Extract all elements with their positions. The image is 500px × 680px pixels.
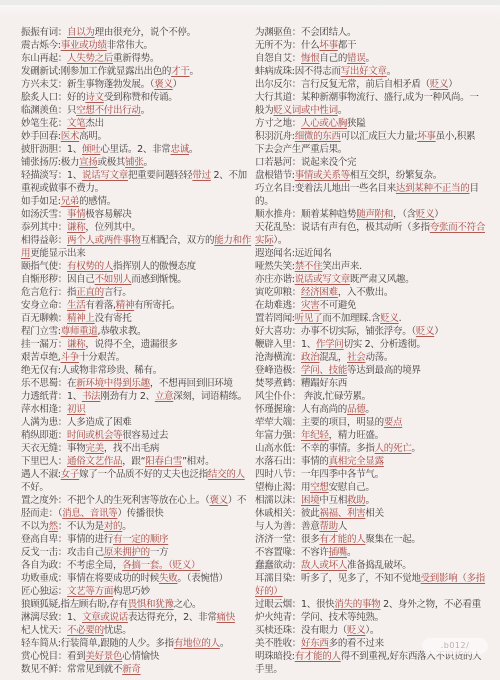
text-line: 狼顾狐疑,指左顾右盼,存有畏惧和犹豫之心。	[21, 598, 254, 611]
highlighted-term: 精神	[116, 300, 134, 311]
text-line: 妙手回春:医术高明。	[21, 130, 254, 143]
definition-text: 妙手回春:	[21, 131, 61, 142]
definition-text: ）。	[273, 235, 287, 246]
highlighted-term: 失败	[159, 573, 177, 584]
definition-text: 蠢蠢欲动：	[255, 560, 301, 571]
highlighted-term: 细微的东西	[295, 131, 341, 142]
text-line: 不以为然：不认为是对的。	[21, 520, 254, 533]
text-line: 焚琴煮鹤：糟蹋好东西	[255, 377, 495, 390]
text-line: 萍水相逢：初识	[21, 403, 254, 416]
text-line: 反戈一击：攻击自己原来拥护的一方	[21, 546, 254, 559]
text-line: 手里。	[255, 663, 495, 676]
highlighted-term: 贬义	[380, 313, 398, 324]
definition-text: 。（表惋惜）	[177, 573, 227, 584]
definition-text: 方兴未艾：新生事物蓬勃发展。（	[21, 79, 154, 90]
definition-text: 互相配合，双方的	[141, 235, 215, 246]
highlighted-term: 倾吐	[82, 144, 100, 155]
text-line: 东山再起：人失势之后重新得势。	[21, 52, 254, 65]
definition-text: 盘根错节:	[255, 170, 295, 181]
definition-text: 天花乱坠：说话有声有色，极其动听（多指	[255, 222, 430, 233]
highlighted-term: 阳春白雪	[145, 456, 182, 467]
definition-text: 过眼云烟：1、很快	[255, 599, 334, 610]
definition-text: 休戚相关：彼此	[255, 508, 319, 519]
text-line: 杞人忧天：不必要的忧虑。	[21, 624, 254, 637]
definition-text: 忝列其中：	[21, 222, 67, 233]
definition-text: ”相对。	[182, 456, 214, 467]
highlighted-term: 文笔	[67, 118, 85, 129]
definition-text: 不容置喙：不容许	[255, 547, 329, 558]
text-line: 百无聊赖：精神上没有寄托	[21, 312, 254, 325]
text-line: 匠心独运：文艺等方面构思巧妙	[21, 585, 254, 598]
definition-text: ，说得不全，遗漏很多	[85, 339, 177, 350]
text-line: 般为贬义词或中性词。	[255, 104, 495, 117]
definition-text: 深刻，词语精练。	[173, 391, 247, 402]
text-line: 遇人不淑:女子嫁了一个品质不好的丈夫也泛指结交的人	[21, 468, 254, 481]
definition-text: 山高水低：不幸的事情。多指	[255, 443, 375, 454]
text-line: 无所不为：什么坏事都干	[255, 39, 495, 52]
text-line: 大行其道：某种新潮事物流行、盛行,成为一种风尚。一	[255, 91, 495, 104]
definition-text: 遇人不淑:	[21, 469, 61, 480]
highlighted-term: 品德	[347, 404, 365, 415]
text-line: 乐不思蜀：在新环境中得到乐趣，不想再回到旧环境	[21, 377, 254, 390]
highlighted-term: 错误	[347, 53, 365, 64]
definition-text: 各自为政：不考虑全局，	[21, 560, 122, 571]
highlighted-term: 要点	[384, 417, 402, 428]
text-line: 各自为政：不考虑全局，各搞一套。（贬义）	[21, 559, 254, 572]
text-line: 好的）	[255, 585, 495, 598]
definition-text: 反戈一击：攻击自己	[21, 547, 104, 558]
highlighted-term: 褒义	[209, 495, 227, 506]
definition-text: 。	[122, 521, 131, 532]
definition-text: 不可避免	[319, 300, 356, 311]
definition-text: 登峰造极：	[255, 365, 301, 376]
definition-text: 美不胜收：	[255, 638, 301, 649]
highlighted-term: 达到某种不正当的	[396, 183, 470, 194]
text-line: 怀瑾握瑜：人有高尚的品德。	[255, 403, 495, 416]
definition-text: 力透纸背：1、	[21, 391, 82, 402]
highlighted-term: 医术	[61, 131, 79, 142]
highlighted-term: 敌人或坏人	[301, 560, 347, 571]
highlighted-term: 各搞一套。（贬义）	[122, 560, 200, 571]
text-line: 顺水推舟：顺着某种趋势随声附和，（含贬义）	[255, 208, 495, 221]
definition-text: 把重要问题轻轻	[128, 170, 192, 181]
definition-text: 可以汇成巨大力量;	[341, 131, 418, 142]
definition-text: 指挥别人的傲慢态度	[113, 261, 196, 272]
definition-text: ，位列其中。	[85, 222, 140, 233]
text-line: 铺张扬厉:极力宣扬或极其铺张。	[21, 156, 254, 169]
text-line: 望梅止渴：用空想安慰自己。	[255, 481, 495, 494]
definition-text: 乐不思蜀：在	[21, 378, 76, 389]
text-line: 下去会产生严重后果。	[255, 143, 495, 156]
highlighted-term: 有权势的人	[67, 261, 113, 272]
definition-text: 东山再起：	[21, 53, 67, 64]
highlighted-term: 救助	[347, 495, 365, 506]
highlighted-term: 谦称	[67, 339, 85, 350]
definition-text: ，（含	[393, 209, 416, 220]
text-line: 重视或做事不费力。	[21, 182, 254, 195]
text-line: 济济一堂：很多有才能的人聚集在一起。	[255, 533, 495, 546]
definition-text: 振振有词：	[21, 27, 67, 38]
highlighted-term: 褒义	[154, 79, 172, 90]
text-line: 用更能显示出来	[21, 247, 254, 260]
highlighted-term: 坏事	[319, 40, 337, 51]
definition-text: 杰出	[85, 118, 103, 129]
text-line: 忝列其中：谦称，位列其中。	[21, 221, 254, 234]
highlighted-term: 灾害	[301, 300, 319, 311]
highlighted-term: 诗文	[85, 92, 103, 103]
highlighted-term: 经济困难	[301, 287, 338, 298]
highlighted-term: 女子	[61, 469, 79, 480]
highlighted-term: 受到影响（多指	[421, 573, 485, 584]
definition-text: 自惭形秽：因自己	[21, 274, 95, 285]
text-line: 好大喜功：办事不切实际，铺张浮夸。（贬义）	[255, 325, 495, 338]
definition-text: 口若悬河：说起来没个完	[255, 157, 356, 168]
definition-text: 一方	[150, 547, 168, 558]
text-line: 方寸之地：人心或心胸狭隘	[255, 117, 495, 130]
right-column: 为渊驱鱼：不会团结人。无所不为：什么坏事都干自怨自艾：悔恨自己的错误。蚌病成珠:…	[255, 26, 495, 676]
definition-text: 都干	[338, 40, 356, 51]
text-line: 实际）。	[255, 234, 495, 247]
definition-text: 淋漓尽致：1、	[21, 612, 82, 623]
definition-text: 赏心悦目：看到	[21, 651, 85, 662]
definition-text: 有所寄托。	[134, 300, 180, 311]
definition-text: 如汤沃雪：	[21, 209, 67, 220]
highlighted-term: 谦称	[67, 222, 85, 233]
definition-text: 狼顾狐疑,指左顾右盼,存有	[21, 599, 128, 610]
definition-text: 蚌病成珠:因不得志而	[255, 66, 341, 77]
definition-text: 为渊驱鱼：不会团结人。	[255, 27, 356, 38]
highlighted-term: 宣扬	[79, 157, 97, 168]
highlighted-term: 夸张而不符合	[430, 222, 485, 233]
definition-text: 四时八节：一年四季中各节气。	[255, 469, 384, 480]
definition-text: 相关	[365, 508, 383, 519]
highlighted-term: 美好景色	[85, 651, 122, 662]
text-line: 荦荦大端：主要的项目，明显的要点	[255, 416, 495, 429]
highlighted-term: 真相完全显露	[329, 456, 384, 467]
highlighted-term: 听见了	[295, 313, 323, 324]
definition-text: 重新得势。	[113, 53, 159, 64]
definition-text: 匠心独运：	[21, 586, 67, 597]
text-line: 买椟还珠：没有眼力（贬义）。	[255, 624, 495, 637]
definition-text: .	[399, 313, 402, 324]
highlighted-term: 不如别人	[95, 274, 132, 285]
definition-text: 嫁了一个品质不好的丈夫也泛指	[79, 469, 208, 480]
highlighted-term: 时间或机会等	[67, 430, 122, 441]
definition-text: 的感情。	[79, 196, 116, 207]
definition-text: 哑然失笑:	[255, 261, 295, 272]
definition-text: 构思巧妙	[113, 586, 150, 597]
text-line: 临渊羡鱼：只空想不付出行动。	[21, 104, 254, 117]
definition-text: 巧立名目:变着法儿地出一些名目来	[255, 183, 396, 194]
definition-text: 刚劲有力 2、	[100, 391, 154, 402]
definition-text: ）。	[365, 625, 379, 636]
definition-text: ，精力旺盛。	[329, 430, 384, 441]
text-line: 鞭辟入里：1、作学问切实 2、分析透彻。	[255, 338, 495, 351]
text-line: 自怨自艾：悔恨自己的错误。	[255, 52, 495, 65]
definition-text: 挂一漏万：	[21, 339, 67, 350]
highlighted-term: 实际	[255, 235, 273, 246]
definition-text: 而感到惭愧。	[131, 274, 186, 285]
definition-text: ，入不敷出。	[338, 287, 393, 298]
definition-text: 明珠暗投:	[255, 651, 295, 662]
text-line: 水落石出：事情的真相完全显露	[255, 455, 495, 468]
highlighted-term: 贬义词或中性词	[273, 105, 337, 116]
highlighted-term: 空想不付出行动	[76, 105, 140, 116]
text-line: 四时八节：一年四季中各节气。	[255, 468, 495, 481]
text-line: 震古烁今:事业或功绩非常伟大。	[21, 39, 254, 52]
text-line: 寅吃卯粮：经济困难，入不敷出。	[255, 286, 495, 299]
top-fade	[0, 5, 500, 19]
definition-text: 有着落,	[85, 300, 115, 311]
text-line: 相濡以沫：困境中互相救助。	[255, 494, 495, 507]
definition-text: 炉火纯青：学问、技术等纯熟。	[255, 612, 384, 623]
definition-text: ）传播很快	[117, 508, 163, 519]
text-line: 胫而走：（消息、音讯等）传播很快	[21, 507, 254, 520]
text-line: 亦庄亦谐:说话或写文章既严肃又风趣。	[255, 273, 495, 286]
left-column: 振振有词：自以为理由很充分，说个不停。震古烁今:事业或功绩非常伟大。东山再起：人…	[21, 26, 254, 676]
definition-text: 人	[338, 521, 347, 532]
highlighted-term: 文章或说话	[82, 612, 128, 623]
highlighted-term: 贬义	[430, 79, 448, 90]
highlighted-term: 好的）	[255, 586, 283, 597]
text-line: 山高水低：不幸的事情。多指人的死亡。	[255, 442, 495, 455]
definition-text: 出尔反尔：言行反复无常，前后自相矛盾（	[255, 79, 430, 90]
highlighted-term: 事情或关系等	[295, 170, 350, 181]
highlighted-term: 政治	[301, 352, 319, 363]
definition-text: 目	[470, 183, 479, 194]
definition-text: 安慰自己。	[329, 482, 375, 493]
text-line: 巧立名目:变着法儿地出一些名目来达到某种不正当的目	[255, 182, 495, 195]
definition-text: 亦庄亦谐:	[255, 274, 295, 285]
definition-text: 。	[141, 105, 150, 116]
text-line: 自惭形秽：因自己不如别人而感到惭愧。	[21, 273, 254, 286]
text-line: 盘根错节:事情或关系等相互交织，纷繁复杂。	[255, 169, 495, 182]
text-line: 绝无仅有:人或物非常珍贵、稀有。	[21, 364, 254, 377]
highlighted-term: 痛快	[217, 612, 235, 623]
text-line: 危言危行：指正直的言行。	[21, 286, 254, 299]
text-line: 登峰造极：学问、技能等达到最高的境界	[255, 364, 495, 377]
definition-text: 登高自卑：事情的进行	[21, 534, 113, 545]
text-line: 安身立命：生活有着落,精神有所寄托。	[21, 299, 254, 312]
definition-text: 年富力强：	[255, 430, 301, 441]
definition-text: 。	[347, 547, 356, 558]
highlighted-term: 两个人或两件事物	[67, 235, 141, 246]
highlighted-term: 插嘴	[329, 547, 347, 558]
highlighted-term: 不必要的	[67, 625, 104, 636]
highlighted-term: 正直的	[76, 287, 104, 298]
highlighted-term: 尊师重道	[61, 326, 98, 337]
definition-text: 功败垂成：事情在将要成功的时候	[21, 573, 159, 584]
definition-text: 。	[387, 66, 396, 77]
definition-text: 或极其	[98, 157, 126, 168]
text-line: 方兴未艾：新生事物蓬勃发展。（褒义）	[21, 78, 254, 91]
definition-text: 狭隘	[347, 118, 365, 129]
definition-text: 天衣无缝：事物	[21, 443, 85, 454]
definition-text: 重视或做事不费力。	[21, 183, 104, 194]
highlighted-term: 事情	[67, 209, 85, 220]
highlighted-term: 有地位的人	[174, 638, 220, 649]
text-line: 哑然失笑:禁不住笑出声来.	[255, 260, 495, 273]
definition-text: 艰苦卓绝,	[21, 352, 61, 363]
highlighted-term: 写出好文章	[341, 66, 387, 77]
text-line: 挂一漏万：谦称，说得不全，遗漏很多	[21, 338, 254, 351]
highlighted-term: 随声附和	[356, 209, 393, 220]
definition-text: 焚琴煮鹤：糟蹋好东西	[255, 378, 347, 389]
highlighted-term: 书法	[82, 391, 100, 402]
definition-text: 好大喜功：办事不切实际，铺张浮夸。（	[255, 326, 416, 337]
definition-text: 轻车简从:行装简单,跟随的人少。多指	[21, 638, 174, 649]
definition-text: 。	[220, 638, 229, 649]
text-line: 在劫难逃：灾害不可避免	[255, 299, 495, 312]
definition-text: 如手如足:	[21, 196, 61, 207]
definition-text: 十分艰苦。	[79, 352, 125, 363]
definition-text: 自怨自艾：	[255, 53, 301, 64]
definition-text: 顺水推舟：顺着某种趋势	[255, 209, 356, 220]
definition-text: 相濡以沫：	[255, 495, 301, 506]
highlighted-term: 困境	[301, 495, 319, 506]
definition-text: 杞人忧天：	[21, 625, 67, 636]
highlighted-term: 学问、技能	[301, 365, 347, 376]
highlighted-term: 用	[21, 248, 30, 259]
watermark-badge: .b012/	[422, 638, 488, 654]
definition-text: 混乱，	[319, 352, 347, 363]
definition-text: 理由很充分，说个不停。	[95, 27, 196, 38]
highlighted-term: 消失的事物	[334, 599, 380, 610]
highlighted-term: 能力和作	[214, 235, 251, 246]
definition-text: 与人为善：善意	[255, 521, 319, 532]
text-line: 相得益彰：两个人或两件事物互相配合，双方的能力和作	[21, 234, 254, 247]
text-line: 人满为患：人多造成了困难	[21, 416, 254, 429]
text-line: 轻车简从:行装简单,跟随的人少。多指有地位的人。	[21, 637, 254, 650]
definition-text: 积羽沉舟:	[255, 131, 295, 142]
highlighted-term: 禁不住	[295, 261, 323, 272]
definition-text: 更能显示出来	[30, 248, 85, 259]
definition-text: 方寸之地：	[255, 118, 301, 129]
text-line: 如手如足:兄弟的感情。	[21, 195, 254, 208]
text-line: 如汤沃雪：事情极容易解决	[21, 208, 254, 221]
definition-text: 不以为	[21, 521, 49, 532]
definition-text: 笑出声来.	[322, 261, 362, 272]
highlighted-term: 好东西	[301, 638, 329, 649]
definition-text: 耳濡目染：听多了，见多了，不知不觉地	[255, 573, 421, 584]
highlighted-term: 畏惧和犹豫	[128, 599, 174, 610]
definition-text: 准备捣乱破坏。	[347, 560, 411, 571]
definition-text: 水落石出：事情的	[255, 456, 329, 467]
definition-text: 既严肃又风趣。	[350, 274, 414, 285]
text-line: 与人为善：善意帮助人	[255, 520, 495, 533]
text-line: 力透纸背：1、书法刚劲有力 2、立意深刻，词语精练。	[21, 390, 254, 403]
definition-text: 脍炙人口：好的	[21, 92, 85, 103]
text-line: 的。	[255, 195, 495, 208]
definition-text: 般为	[255, 105, 273, 116]
definition-text: 望梅止渴：用	[255, 482, 310, 493]
definition-text: 下里巴人：	[21, 456, 67, 467]
highlighted-term: 坏事	[417, 131, 435, 142]
definition-text: 2、身外之物，不必看重	[380, 599, 480, 610]
text-line: 炉火纯青：学问、技术等纯熟。	[255, 611, 495, 624]
vocabulary-notes-sheet: 振振有词：自以为理由很充分，说个不停。震古烁今:事业或功绩非常伟大。东山再起：人…	[0, 0, 500, 680]
definition-text: 稍纵即逝：	[21, 430, 67, 441]
text-line: 淋漓尽致：1、文章或说话表达得充分，2、非常痛快	[21, 611, 254, 624]
definition-text: 。	[338, 105, 347, 116]
text-line: 数见不鲜：常常见到就不新奇	[21, 663, 254, 676]
highlighted-term: 自以为	[67, 27, 95, 38]
text-line: 出尔反尔：言行反复无常，前后自相矛盾（贬义）	[255, 78, 495, 91]
definition-text: 临渊羡鱼：只	[21, 105, 76, 116]
definition-text: 虽小,积累	[436, 131, 476, 142]
highlighted-term: 才干	[171, 66, 189, 77]
highlighted-term: 贬义	[416, 326, 434, 337]
highlighted-term: 有才能的人	[319, 534, 365, 545]
highlighted-term: 结交的人	[208, 469, 245, 480]
text-line: 发硎新试:刚参加工作就显露出出色的才干。	[21, 65, 254, 78]
text-line: 程门立雪:尊师重道,恭敬求教。	[21, 325, 254, 338]
definition-text: 怀瑾握瑜：人有高尚的	[255, 404, 347, 415]
definition-text: 2、不加	[211, 170, 247, 181]
definition-text: 聚集在一起。	[365, 534, 420, 545]
text-line: 下里巴人：通俗文艺作品，跟“阳春白雪”相对。	[21, 455, 254, 468]
text-line: 颐指气使：有权势的人指挥别人的傲慢态度	[21, 260, 254, 273]
definition-text: ，不想再回到旧环境	[150, 378, 233, 389]
text-line: 耳濡目染：听多了，见多了，不知不觉地受到影响（多指	[255, 572, 495, 585]
definition-text: 买椟还珠：没有眼力（	[255, 625, 347, 636]
definition-text: 心情愉快	[122, 651, 159, 662]
definition-text: 程门立雪:	[21, 326, 61, 337]
definition-text: 发硎新试:刚参加工作就显露出出色的	[21, 66, 171, 77]
highlighted-term: 通俗文艺作品	[67, 456, 122, 467]
text-line: 功败垂成：事情在将要成功的时候失败。（表惋惜）	[21, 572, 254, 585]
definition-text: ）	[434, 326, 443, 337]
text-line: 蠢蠢欲动：敌人或坏人准备捣乱破坏。	[255, 559, 495, 572]
highlighted-term: 空想	[310, 482, 328, 493]
text-line: 积羽沉舟:细微的东西可以汇成巨大力量;坏事虽小,积累	[255, 130, 495, 143]
highlighted-term: 人心或心胸	[301, 118, 347, 129]
highlighted-term: 祸福、利害	[319, 508, 365, 519]
highlighted-term: 然	[49, 521, 58, 532]
definition-text: 中互相	[319, 495, 347, 506]
text-line: 轻描淡写：1、说话写文章把重要问题轻轻带过 2、不加	[21, 169, 254, 182]
text-line: 风尘仆仆： 奔波,忙碌劳累。	[255, 390, 495, 403]
definition-text: 。	[144, 157, 153, 168]
text-line: 置之度外：不把个人的生死利害等放在心上。（褒义）不	[21, 494, 254, 507]
definition-text: 百无聊赖：	[21, 313, 67, 324]
text-line: 稍纵即逝：时间或机会等很容易过去	[21, 429, 254, 442]
definition-text: 下去会产生严重后果。	[255, 144, 347, 155]
definition-text: 自己的	[319, 53, 347, 64]
text-line: 登高自卑：事情的进行有一定的顺序	[21, 533, 254, 546]
definition-text: 切实 2、分析透彻。	[344, 339, 426, 350]
definition-text: 置之度外：不把个人的生死利害等放在心上。（	[21, 495, 209, 506]
definition-text: 萍水相逢：	[21, 404, 67, 415]
definition-text: 胫而走：（	[21, 508, 62, 519]
definition-text: 。	[365, 404, 374, 415]
definition-text: 高明。	[79, 131, 107, 142]
highlighted-term: 带过	[192, 170, 210, 181]
text-line: 披肝沥胆：1、倾吐心里话。2、非常忠诚。	[21, 143, 254, 156]
text-line: 过眼云烟：1、很快消失的事物 2、身外之物，不必看重	[255, 598, 495, 611]
definition-text: 遐迩闻名:远近闻名	[255, 248, 332, 259]
definition-text: 无所不为：什么	[255, 40, 319, 51]
definition-text: 绝无仅有:人或物非常珍贵、稀有。	[21, 365, 162, 376]
highlighted-term: 斗争	[61, 352, 79, 363]
definition-text: 人满为患：人多造成了困难	[21, 417, 131, 428]
text-line: 遐迩闻名:远近闻名	[255, 247, 495, 260]
definition-text: 极容易解决	[85, 209, 131, 220]
text-line: 赏心悦目：看到美好景色心情愉快	[21, 650, 254, 663]
highlighted-term: 悔恨	[301, 53, 319, 64]
highlighted-term: 忠诚	[171, 144, 189, 155]
definition-text: 。	[411, 443, 420, 454]
